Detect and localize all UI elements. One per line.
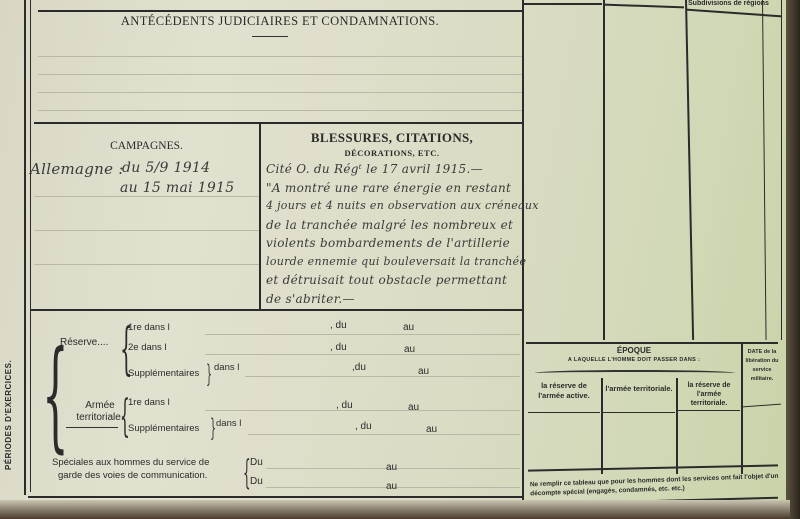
top-rule xyxy=(38,10,522,12)
reserve-row-3-au: au xyxy=(418,366,429,377)
citation-line: de la tranchée malgré les nombreux et xyxy=(266,216,536,235)
epoque-title: ÉPOQUE xyxy=(528,346,740,355)
ruled-line xyxy=(34,264,259,265)
right-top-rule xyxy=(522,3,602,5)
reserve-label: Réserve.... xyxy=(60,337,108,348)
epoque-brace-icon xyxy=(535,370,735,376)
territoriale-row-1-label: 1re dans l xyxy=(128,397,170,408)
col-underline xyxy=(528,412,600,413)
speciales-row-1-label: Du xyxy=(250,457,263,468)
campagnes-header: CAMPAGNES. xyxy=(34,140,259,152)
fill-line[interactable] xyxy=(205,410,520,411)
col-underline xyxy=(743,404,781,408)
citation-line: "A montré une rare énergie en restant xyxy=(266,179,536,198)
epoque-footnote: Ne remplir ce tableau que pour les homme… xyxy=(530,472,780,499)
right-top-rule xyxy=(686,9,782,18)
campagnes-divider xyxy=(259,124,261,310)
campagne-start: du 5/9 1914 xyxy=(122,160,210,176)
citation-line: et détruisait tout obstacle permettant xyxy=(266,271,536,290)
reserve-row-3-sub: dans l xyxy=(214,362,239,373)
antecedents-title: ANTÉCÉDENTS JUDICIAIRES ET CONDAMNATIONS… xyxy=(38,14,522,29)
speciales-row-1-au: au xyxy=(386,462,397,473)
campagne-end: au 15 mai 1915 xyxy=(120,180,234,196)
fill-line[interactable] xyxy=(245,376,520,377)
citation-line: violents bombardements de l'artillerie xyxy=(266,234,536,253)
ruled-line xyxy=(38,74,522,75)
right-col-divider xyxy=(762,0,767,340)
register-page: ANTÉCÉDENTS JUDICIAIRES ET CONDAMNATIONS… xyxy=(0,0,790,505)
left-margin-border xyxy=(24,0,26,495)
section-rule xyxy=(34,122,522,124)
reserve-row-3-label: Supplémentaires xyxy=(128,368,199,379)
epoque-col-date-liberation: DATE de la libération du service militai… xyxy=(743,348,781,384)
blessures-header: BLESSURES, CITATIONS, xyxy=(262,130,522,146)
right-col-divider xyxy=(685,0,694,340)
periodes-vertical-label: PÉRIODES D'EXERCICES. xyxy=(4,330,13,470)
fill-line[interactable] xyxy=(205,354,520,355)
territoriale-row-2-label: Supplémentaires xyxy=(128,423,199,434)
territoriale-row-1-du: , du xyxy=(336,400,353,411)
epoque-col-armee-territoriale: l'armée territoriale. xyxy=(603,384,675,394)
citation-line: Cité O. du Régᵗ le 17 avril 1915.— xyxy=(266,160,536,179)
epoque-col-reserve-territoriale: la réserve de l'armée territoriale. xyxy=(678,381,740,408)
speciales-line2: garde des voies de communication. xyxy=(52,469,209,482)
reserve-row-2-du: , du xyxy=(330,342,347,353)
page-edge-shadow xyxy=(786,0,800,519)
citation-line: 4 jours et 4 nuits en observation aux cr… xyxy=(266,197,536,216)
speciales-line1: Spéciales aux hommes du service de xyxy=(52,456,209,469)
territoriale-row-2-au: au xyxy=(426,424,437,435)
ruled-line xyxy=(38,92,522,93)
section-rule xyxy=(30,309,522,311)
speciales-label: Spéciales aux hommes du service de garde… xyxy=(52,456,209,482)
reserve-row-2-label: 2e dans l xyxy=(128,342,167,353)
right-top-rule xyxy=(604,4,684,9)
citation-line: lourde ennemie qui bouleversait la tranc… xyxy=(266,253,536,272)
right-col-divider xyxy=(781,0,782,340)
citation-text: Cité O. du Régᵗ le 17 avril 1915.— "A mo… xyxy=(266,160,536,308)
ruled-line xyxy=(34,196,259,197)
fill-line[interactable] xyxy=(248,434,520,435)
campagne-country: Allemagne : xyxy=(30,160,124,178)
ruled-line xyxy=(38,56,522,57)
supp-brace-icon: } xyxy=(206,360,212,388)
blessures-subheader: DÉCORATIONS, ETC. xyxy=(262,148,522,158)
bottom-rule xyxy=(28,496,522,498)
left-margin-border-inner xyxy=(30,0,31,492)
ruled-line xyxy=(38,110,522,111)
fill-line[interactable] xyxy=(205,334,520,335)
right-col-divider xyxy=(603,0,605,340)
territoriale-row-1-au: au xyxy=(408,402,419,413)
ruled-line xyxy=(34,230,259,231)
reserve-row-2-au: au xyxy=(404,344,415,355)
territoriale-underline xyxy=(66,427,118,428)
subdivisions-header: Subdivisions de régions xyxy=(688,0,769,7)
epoque-subtitle: A LAQUELLE L'HOMME DOIT PASSER DANS : xyxy=(528,357,740,363)
territoriale-row-2-sub: dans l xyxy=(216,418,241,429)
reserve-row-3-du: ,du xyxy=(352,362,366,373)
title-underline xyxy=(252,36,288,37)
speciales-row-2-au: au xyxy=(386,481,397,492)
col-underline xyxy=(603,412,675,413)
reserve-row-1-du: , du xyxy=(330,320,347,331)
territoriale-row-2-du: , du xyxy=(355,421,372,432)
reserve-row-1-label: 1re dans l xyxy=(128,322,170,333)
page-bottom-edge xyxy=(0,500,790,519)
citation-line: de s'abriter.— xyxy=(266,290,536,309)
col-underline xyxy=(678,410,740,411)
speciales-row-2-label: Du xyxy=(250,476,263,487)
reserve-row-1-au: au xyxy=(403,322,414,333)
epoque-col-reserve-active: la réserve de l'armée active. xyxy=(528,381,600,401)
